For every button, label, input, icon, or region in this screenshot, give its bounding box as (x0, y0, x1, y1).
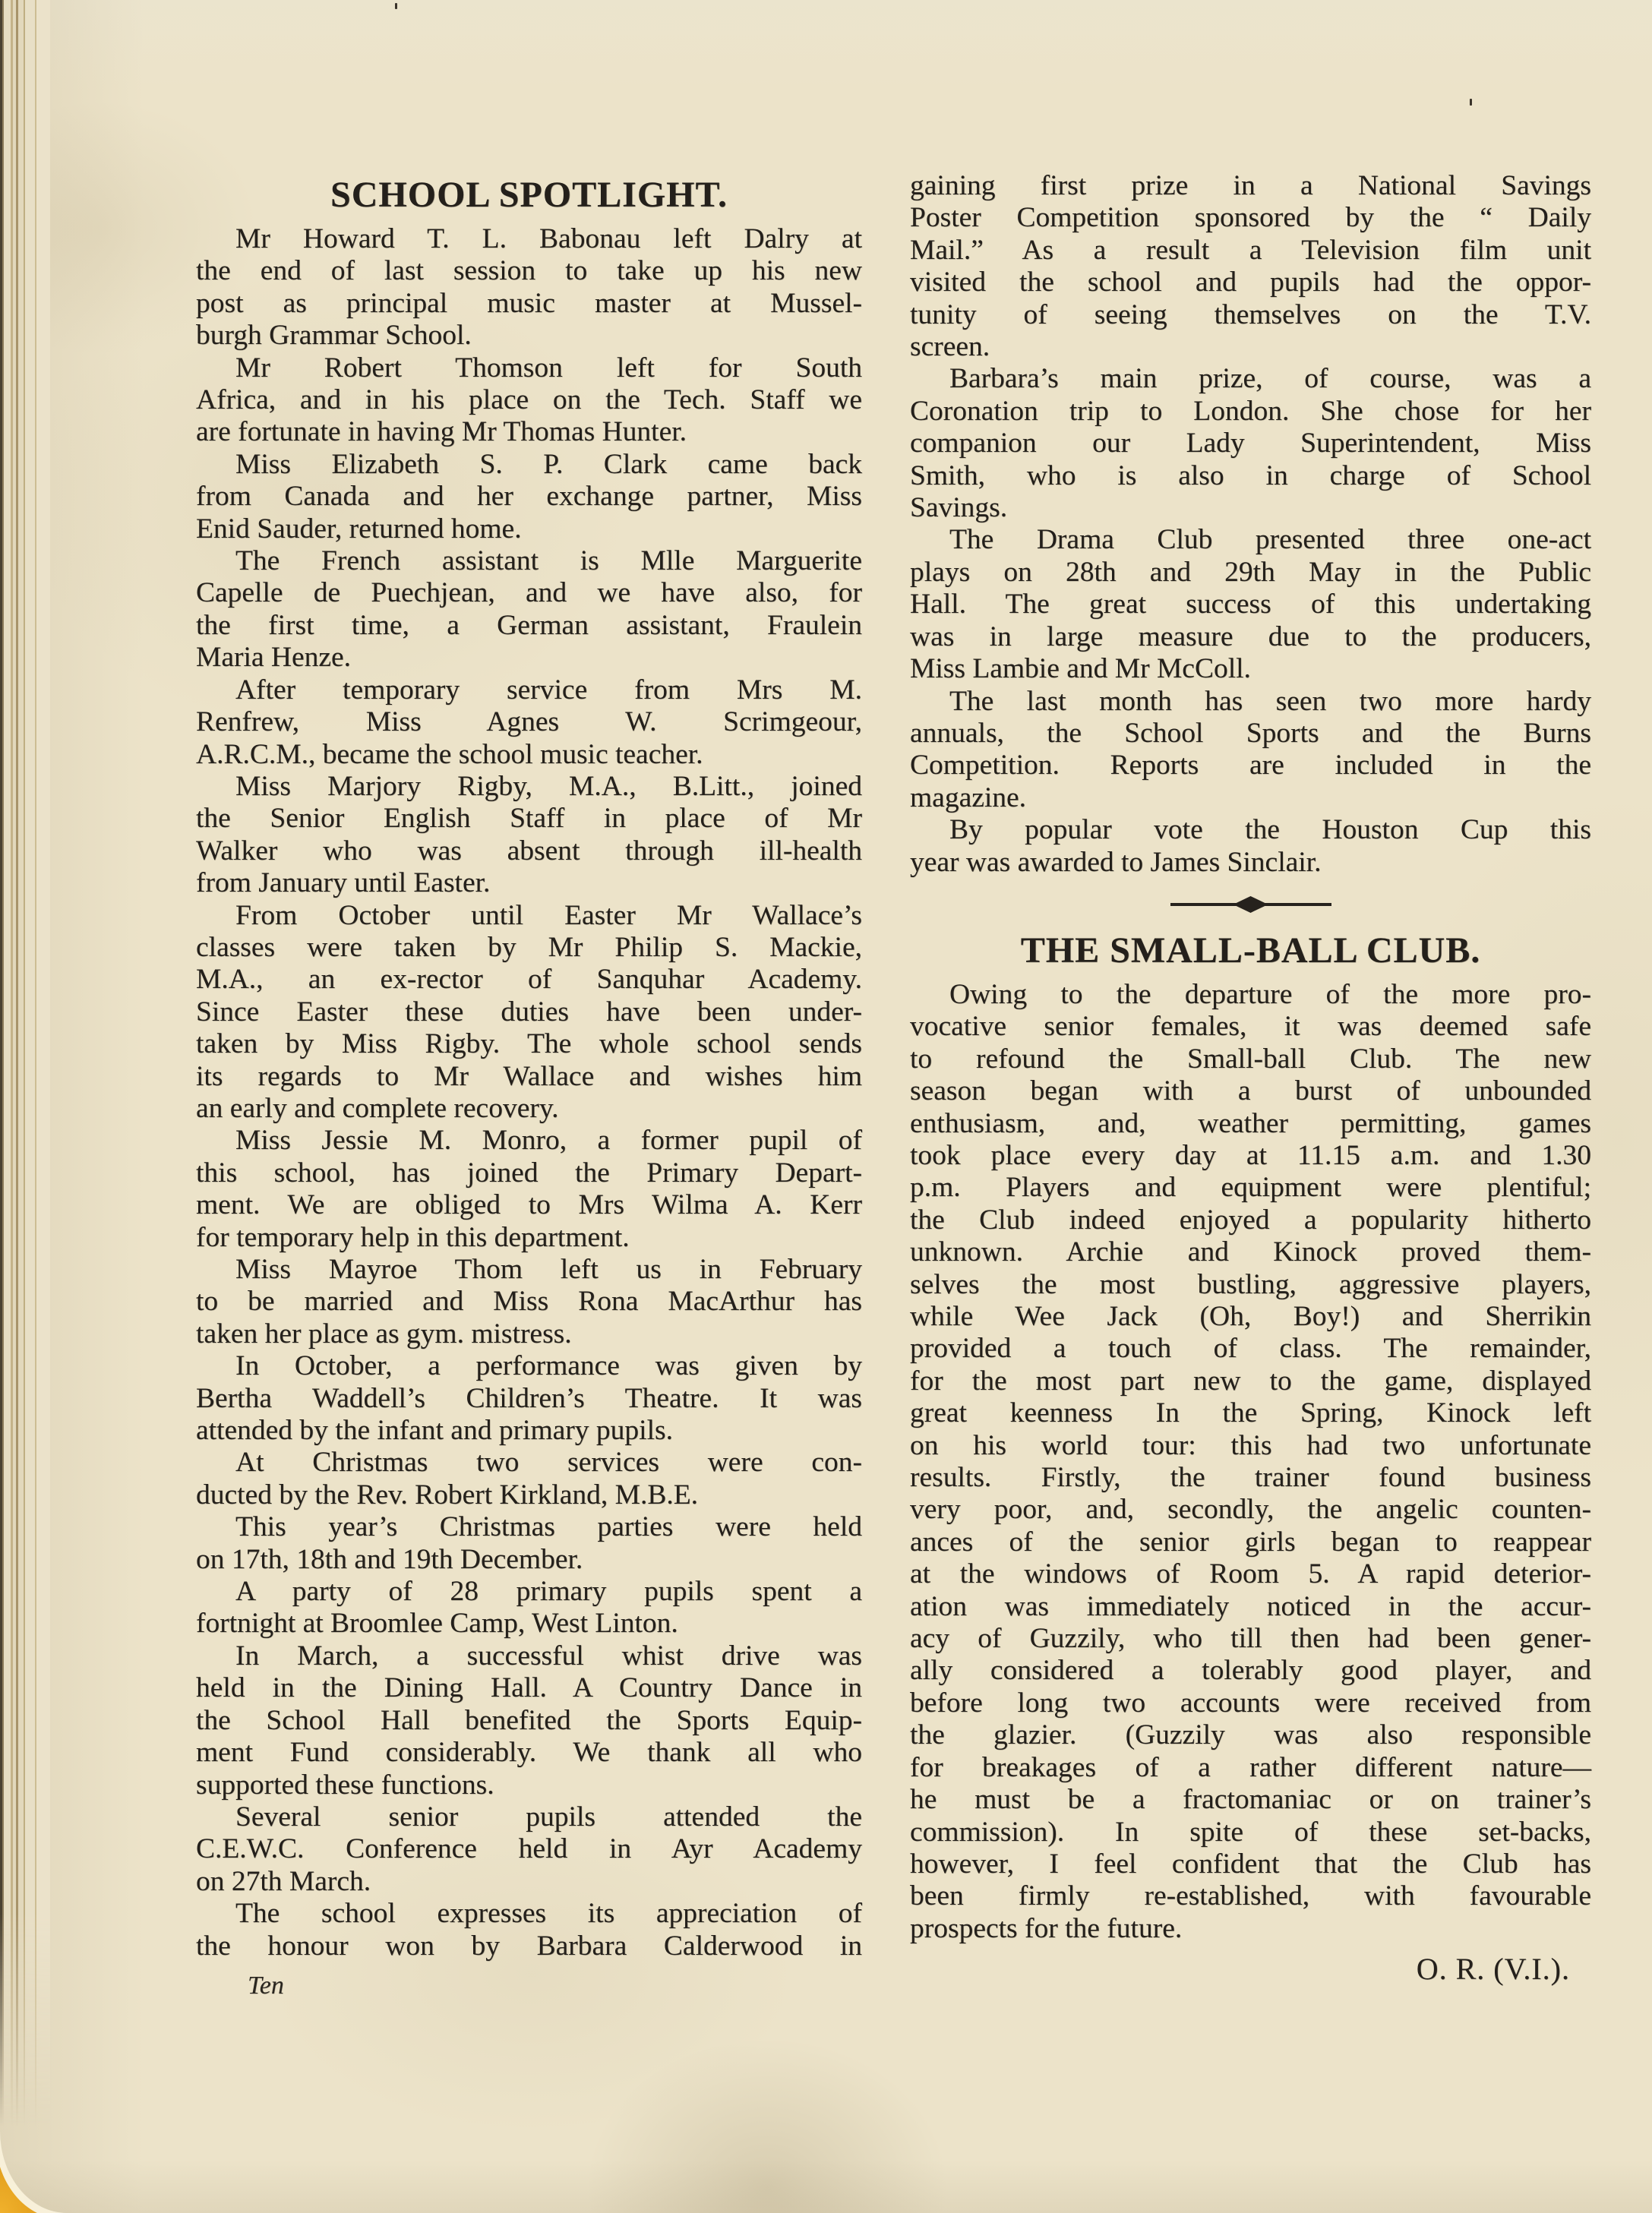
text-line: Mr Robert Thomson left for South (196, 352, 862, 384)
text-line: before long two accounts were received f… (910, 1687, 1591, 1719)
text-line: ment. We are obliged to Mrs Wilma A. Ker… (196, 1189, 862, 1221)
text-line: selves the most bustling, aggressive pla… (910, 1269, 1591, 1301)
text-line: Africa, and in his place on the Tech. St… (196, 384, 862, 416)
text-line: Since Easter these duties have been unde… (196, 996, 862, 1028)
text-line: magazine. (910, 782, 1591, 814)
text-line: from January until Easter. (196, 867, 862, 899)
paragraph: This year’s Christmas parties were heldo… (196, 1511, 862, 1576)
paragraph: The last month has seen two more hardyan… (910, 686, 1591, 815)
text-line: the honour won by Barbara Calderwood in (196, 1930, 862, 1962)
paragraph: Miss Marjory Rigby, M.A., B.Litt., joine… (196, 771, 862, 900)
text-line: its regards to Mr Wallace and wishes him (196, 1061, 862, 1093)
text-line: acy of Guzzily, who till then had been g… (910, 1623, 1591, 1655)
text-line: the School Hall benefited the Sports Equ… (196, 1705, 862, 1737)
text-line: Barbara’s main prize, of course, was a (910, 363, 1591, 395)
text-line: In March, a successful whist drive was (196, 1640, 862, 1672)
text-line: while Wee Jack (Oh, Boy!) and Sherrikin (910, 1301, 1591, 1333)
text-line: Enid Sauder, returned home. (196, 513, 862, 545)
text-line: C.E.W.C. Conference held in Ayr Academy (196, 1833, 862, 1865)
paragraph: A party of 28 primary pupils spent afort… (196, 1576, 862, 1640)
text-line: This year’s Christmas parties were held (196, 1511, 862, 1543)
text-line: are fortunate in having Mr Thomas Hunter… (196, 416, 862, 448)
paragraph: Several senior pupils attended theC.E.W.… (196, 1801, 862, 1898)
text-line: Smith, who is also in charge of School (910, 460, 1591, 492)
page-number: Ten (248, 1971, 284, 2000)
section-divider-ornament (910, 895, 1591, 914)
text-line: ation was immediately noticed in the acc… (910, 1591, 1591, 1623)
text-line: commission). In spite of these set-backs… (910, 1817, 1591, 1848)
text-line: A.R.C.M., became the school music teache… (196, 739, 862, 771)
text-line: very poor, and, secondly, the angelic co… (910, 1494, 1591, 1526)
text-line: The last month has seen two more hardy (910, 686, 1591, 718)
text-line: prospects for the future. (910, 1913, 1591, 1945)
text-line: Mr Howard T. L. Babonau left Dalry at (196, 223, 862, 255)
text-line: screen. (910, 331, 1591, 363)
text-line: In October, a performance was given by (196, 1350, 862, 1382)
text-line: results. Firstly, the trainer found busi… (910, 1462, 1591, 1494)
paragraph: The school expresses its appreciation of… (196, 1898, 862, 1962)
text-line: The Drama Club presented three one-act (910, 524, 1591, 556)
text-line: unknown. Archie and Kinock proved them- (910, 1236, 1591, 1268)
paragraph: Owing to the departure of the more pro-v… (910, 979, 1591, 1945)
text-line: The French assistant is Mlle Marguerite (196, 545, 862, 577)
text-line: for breakages of a rather different natu… (910, 1752, 1591, 1784)
author-initials: O. R. (V.I.). (910, 1951, 1591, 1987)
text-line: on 27th March. (196, 1866, 862, 1898)
text-line: this school, has joined the Primary Depa… (196, 1157, 862, 1189)
binding-edge (0, 0, 50, 2126)
paragraph: In October, a performance was given byBe… (196, 1350, 862, 1447)
text-line: annuals, the School Sports and the Burns (910, 718, 1591, 750)
diamond-ornament (1233, 896, 1268, 913)
text-line: held in the Dining Hall. A Country Dance… (196, 1672, 862, 1704)
text-line: visited the school and pupils had the op… (910, 267, 1591, 298)
text-line: he must be a fractomaniac or on trainer’… (910, 1784, 1591, 1816)
text-line: ducted by the Rev. Robert Kirkland, M.B.… (196, 1479, 862, 1511)
paragraph: By popular vote the Houston Cup thisyear… (910, 814, 1591, 879)
text-line: Renfrew, Miss Agnes W. Scrimgeour, (196, 706, 862, 738)
text-line: season began with a burst of unbounded (910, 1075, 1591, 1107)
text-line: burgh Grammar School. (196, 320, 862, 352)
text-line: Hall. The great success of this undertak… (910, 589, 1591, 620)
paragraph: At Christmas two services were con-ducte… (196, 1447, 862, 1511)
text-line: supported these functions. (196, 1769, 862, 1801)
text-line: on 17th, 18th and 19th December. (196, 1544, 862, 1576)
text-line: The school expresses its appreciation of (196, 1898, 862, 1930)
divider-rule (1265, 903, 1331, 906)
text-line: Several senior pupils attended the (196, 1801, 862, 1833)
text-line: however, I feel confident that the Club … (910, 1848, 1591, 1880)
text-line: Miss Marjory Rigby, M.A., B.Litt., joine… (196, 771, 862, 803)
scan-speck (395, 3, 397, 9)
text-line: fortnight at Broomlee Camp, West Linton. (196, 1608, 862, 1640)
text-line: Owing to the departure of the more pro- (910, 979, 1591, 1011)
text-line: M.A., an ex-rector of Sanquhar Academy. (196, 964, 862, 996)
paragraph: The French assistant is Mlle MargueriteC… (196, 545, 862, 674)
text-line: post as principal music master at Mussel… (196, 288, 862, 320)
text-line: A party of 28 primary pupils spent a (196, 1576, 862, 1608)
text-line: from Canada and her exchange partner, Mi… (196, 481, 862, 513)
paragraph: gaining first prize in a National Saving… (910, 170, 1591, 363)
text-line: for temporary help in this department. (196, 1222, 862, 1254)
text-line: Bertha Waddell’s Children’s Theatre. It … (196, 1383, 862, 1415)
text-line: provided a touch of class. The remainder… (910, 1333, 1591, 1365)
text-line: an early and complete recovery. (196, 1093, 862, 1125)
text-line: at the windows of Room 5. A rapid deteri… (910, 1558, 1591, 1590)
text-line: taken by Miss Rigby. The whole school se… (196, 1028, 862, 1060)
paragraph: Mr Robert Thomson left for SouthAfrica, … (196, 352, 862, 449)
paragraph: Miss Elizabeth S. P. Clark came backfrom… (196, 449, 862, 545)
text-line: been firmly re-established, with favoura… (910, 1880, 1591, 1912)
text-line: Mail.” As a result a Television film uni… (910, 235, 1591, 267)
text-line: ally considered a tolerably good player,… (910, 1655, 1591, 1687)
text-line: Miss Elizabeth S. P. Clark came back (196, 449, 862, 481)
text-line: classes were taken by Mr Philip S. Macki… (196, 932, 862, 964)
text-line: At Christmas two services were con- (196, 1447, 862, 1479)
text-line: for the most part new to the game, displ… (910, 1365, 1591, 1397)
section-heading: THE SMALL-BALL CLUB. (910, 932, 1591, 970)
text-line: Miss Jessie M. Monro, a former pupil of (196, 1125, 862, 1157)
section-heading: SCHOOL SPOTLIGHT. (196, 176, 862, 214)
text-line: the first time, a German assistant, Frau… (196, 610, 862, 642)
text-line: Walker who was absent through ill-health (196, 835, 862, 867)
text-line: enthusiasm, and, weather permitting, gam… (910, 1108, 1591, 1140)
right-column: gaining first prize in a National Saving… (910, 170, 1591, 1987)
text-line: to refound the Small-ball Club. The new (910, 1043, 1591, 1075)
text-line: attended by the infant and primary pupil… (196, 1415, 862, 1447)
paragraph: After temporary service from Mrs M.Renfr… (196, 674, 862, 771)
text-line: From October until Easter Mr Wallace’s (196, 900, 862, 932)
text-line: gaining first prize in a National Saving… (910, 170, 1591, 202)
text-line: By popular vote the Houston Cup this (910, 814, 1591, 846)
text-line: great keenness In the Spring, Kinock lef… (910, 1397, 1591, 1429)
text-line: After temporary service from Mrs M. (196, 674, 862, 706)
text-line: year was awarded to James Sinclair. (910, 847, 1591, 879)
text-line: tunity of seeing themselves on the T.V. (910, 299, 1591, 331)
text-line: ment Fund considerably. We thank all who (196, 1737, 862, 1769)
text-line: Poster Competition sponsored by the “ Da… (910, 202, 1591, 234)
paragraph: In March, a successful whist drive washe… (196, 1640, 862, 1801)
paragraph: Miss Mayroe Thom left us in Februaryto b… (196, 1254, 862, 1350)
scan-speck (1470, 99, 1472, 106)
text-line: Maria Henze. (196, 642, 862, 674)
paragraph: Miss Jessie M. Monro, a former pupil oft… (196, 1125, 862, 1254)
text-line: Competition. Reports are included in the (910, 750, 1591, 781)
text-line: the Senior English Staff in place of Mr (196, 803, 862, 835)
text-line: ances of the senior girls began to reapp… (910, 1526, 1591, 1558)
text-line: Miss Mayroe Thom left us in February (196, 1254, 862, 1286)
paragraph: Mr Howard T. L. Babonau left Dalry atthe… (196, 223, 862, 352)
text-line: Coronation trip to London. She chose for… (910, 396, 1591, 428)
text-line: the glazier. (Guzzily was also responsib… (910, 1719, 1591, 1751)
text-line: companion our Lady Superintendent, Miss (910, 428, 1591, 459)
divider-rule (1170, 903, 1237, 906)
text-line: the Club indeed enjoyed a popularity hit… (910, 1204, 1591, 1236)
text-line: p.m. Players and equipment were plentifu… (910, 1172, 1591, 1204)
magazine-page: SCHOOL SPOTLIGHT.Mr Howard T. L. Babonau… (0, 0, 1652, 2213)
text-line: taken her place as gym. mistress. (196, 1318, 862, 1350)
paragraph: Barbara’s main prize, of course, was aCo… (910, 363, 1591, 524)
text-line: Miss Lambie and Mr McColl. (910, 653, 1591, 685)
text-line: Capelle de Puechjean, and we have also, … (196, 577, 862, 609)
text-line: plays on 28th and 29th May in the Public (910, 557, 1591, 589)
paragraph: From October until Easter Mr Wallace’scl… (196, 900, 862, 1125)
paragraph: The Drama Club presented three one-actpl… (910, 524, 1591, 685)
text-line: Savings. (910, 492, 1591, 524)
text-line: on his world tour: this had two unfortun… (910, 1430, 1591, 1462)
text-line: to be married and Miss Rona MacArthur ha… (196, 1286, 862, 1318)
left-column: SCHOOL SPOTLIGHT.Mr Howard T. L. Babonau… (196, 158, 862, 1962)
text-line: the end of last session to take up his n… (196, 255, 862, 287)
text-line: vocative senior females, it was deemed s… (910, 1011, 1591, 1043)
text-line: was in large measure due to the producer… (910, 621, 1591, 653)
text-line: took place every day at 11.15 a.m. and 1… (910, 1140, 1591, 1172)
